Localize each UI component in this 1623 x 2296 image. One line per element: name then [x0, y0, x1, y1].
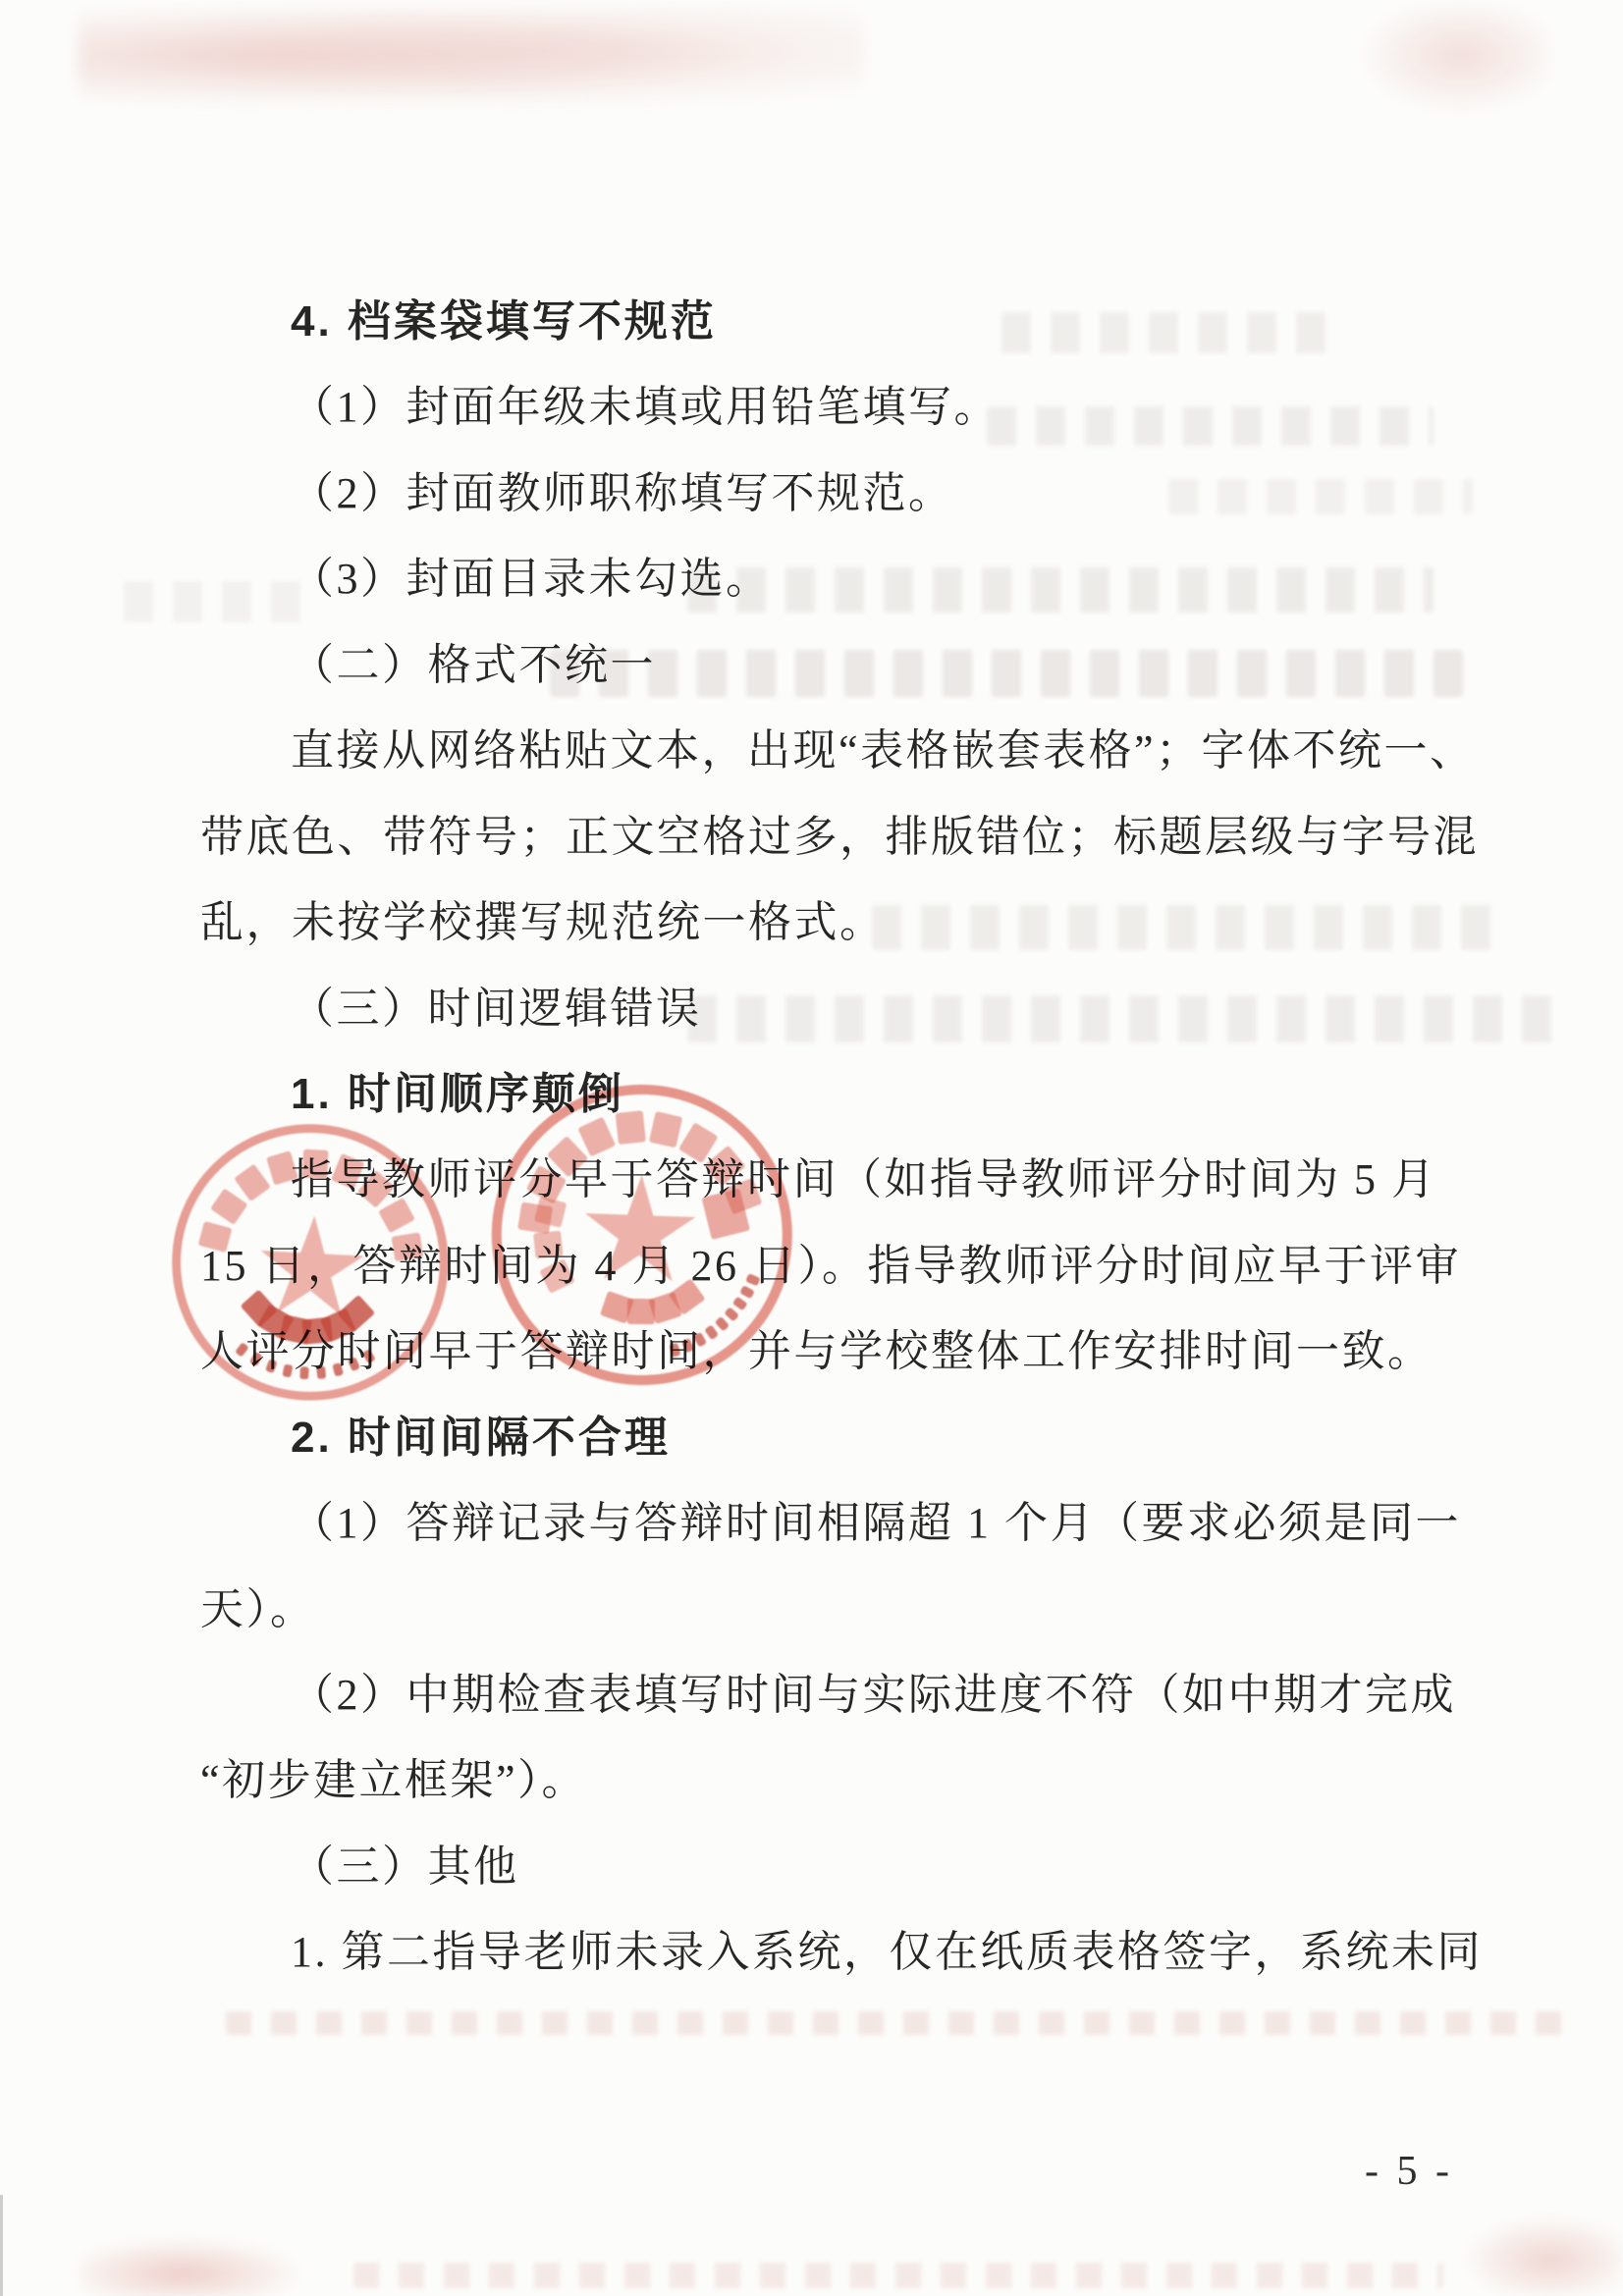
text-line: （1）封面年级未填或用铅笔填写。	[200, 364, 1492, 450]
text-line: 天）。	[200, 1567, 1492, 1652]
pink-smudge-bottom-right	[1461, 2216, 1623, 2295]
bottom-speckle-row	[353, 2263, 1443, 2288]
text-line: 乱，未按学校撰写规范统一格式。	[200, 880, 1492, 965]
scan-edge-line	[0, 2195, 3, 2296]
pink-smudge-bottom-left	[81, 2238, 306, 2296]
bleedthrough-artifact	[226, 2011, 1581, 2035]
text-line: 带底色、带符号；正文空格过多，排版错位；标题层级与字号混	[200, 794, 1492, 880]
text-line: 1. 时间顺序颠倒	[200, 1051, 1492, 1137]
pink-smudge-top-right	[1353, 6, 1549, 116]
page-number: - 5 -	[1355, 2148, 1463, 2195]
text-line: （二）格式不统一	[200, 622, 1492, 708]
text-line: 1. 第二指导老师未录入系统，仅在纸质表格签字，系统未同	[200, 1909, 1492, 1995]
pink-smudge-top-left	[79, 8, 864, 114]
text-line: 人评分时间早于答辩时间，并与学校整体工作安排时间一致。	[200, 1308, 1492, 1394]
text-line: 直接从网络粘贴文本，出现“表格嵌套表格”；字体不统一、	[200, 708, 1492, 793]
text-line: “初步建立框架”）。	[200, 1737, 1492, 1823]
text-line: 4. 档案袋填写不规范	[200, 279, 1492, 364]
text-line: 2. 时间间隔不合理	[200, 1395, 1492, 1480]
text-line: （三）时间逻辑错误	[200, 966, 1492, 1051]
text-line: （1）答辩记录与答辩时间相隔超 1 个月（要求必须是同一	[200, 1480, 1492, 1566]
text-line: （3）封面目录未勾选。	[200, 536, 1492, 621]
text-line: （2）中期检查表填写时间与实际进度不符（如中期才完成	[200, 1652, 1492, 1737]
text-line: （三）其他	[200, 1824, 1492, 1909]
document-body: 4. 档案袋填写不规范（1）封面年级未填或用铅笔填写。（2）封面教师职称填写不规…	[200, 279, 1492, 1996]
text-line: 指导教师评分早于答辩时间（如指导教师评分时间为 5 月	[200, 1137, 1492, 1222]
text-line: 15 日，答辩时间为 4 月 26 日）。指导教师评分时间应早于评审	[200, 1223, 1492, 1308]
text-line: （2）封面教师职称填写不规范。	[200, 451, 1492, 536]
scanned-document-page: 4. 档案袋填写不规范（1）封面年级未填或用铅笔填写。（2）封面教师职称填写不规…	[0, 0, 1623, 2296]
